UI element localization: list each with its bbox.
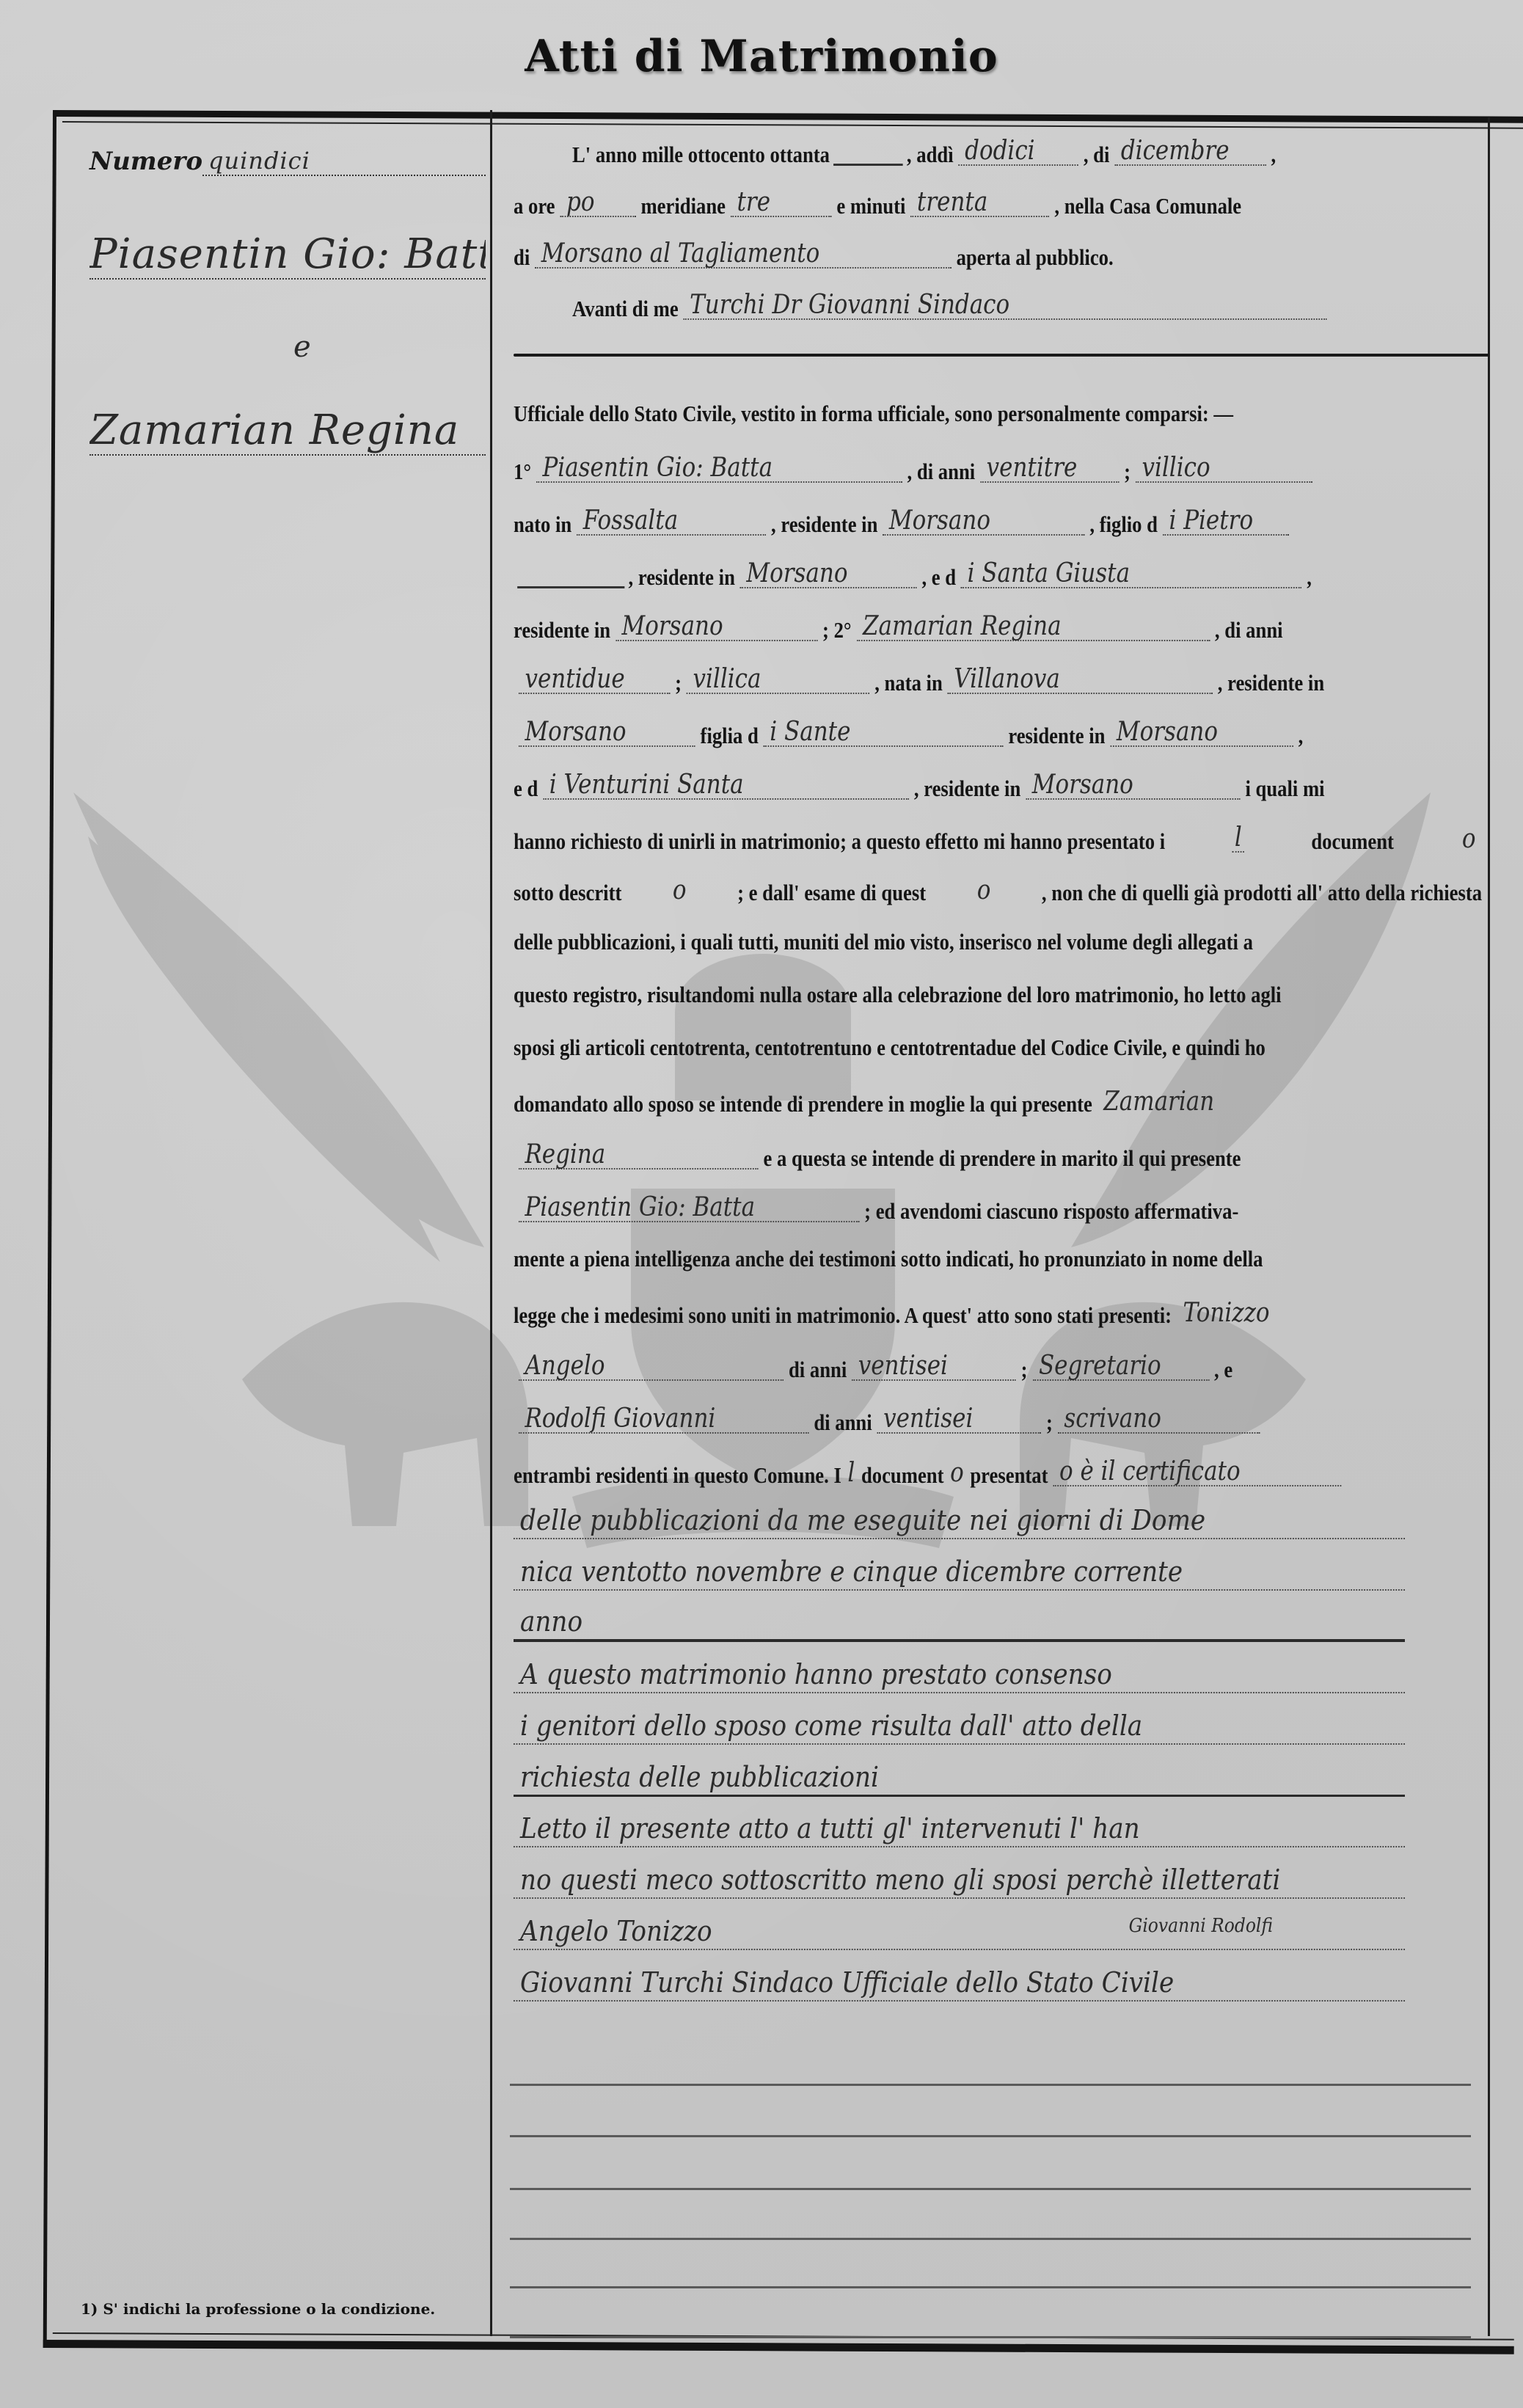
record-line-9: residente in Morsano ; 2° Zamarian Regin… bbox=[514, 613, 1346, 641]
empty-ruled-line bbox=[510, 2135, 1471, 2137]
empty-ruled-line bbox=[510, 2238, 1471, 2240]
handwritten-line: A questo matrimonio hanno prestato conse… bbox=[514, 1658, 1405, 1693]
witness1-surname-field: Tonizzo bbox=[1177, 1300, 1341, 1327]
groom-age-field: ventitre bbox=[980, 455, 1119, 483]
record-line-25: entrambi residenti in questo Comune. I l… bbox=[514, 1459, 1346, 1486]
record-line-14: sotto descritt o ; e dall' esame di ques… bbox=[514, 878, 1482, 904]
groom-birthplace-field: Fossalta bbox=[577, 508, 766, 536]
record-line-12: e d i Venturini Santa , residente in Mor… bbox=[514, 772, 1346, 800]
record-line-18: domandato allo sposo se intende di prend… bbox=[514, 1089, 1346, 1115]
witness2-age-field: ventisei bbox=[877, 1406, 1042, 1434]
bride-mother-residence-field: Morsano bbox=[1026, 772, 1240, 800]
hour-field: tre bbox=[731, 189, 832, 217]
bride-father-residence-field: Morsano bbox=[1110, 719, 1293, 747]
handwritten-line: nica ventotto novembre e cinque dicembre… bbox=[514, 1555, 1405, 1591]
left-margin-column: Numero quindici Piasentin Gio: Batta e Z… bbox=[59, 125, 484, 2311]
bride-mother-field: i Venturini Santa bbox=[543, 772, 909, 800]
bride-surname-field: Zamarian bbox=[1097, 1089, 1342, 1115]
bride-profession-field: villica bbox=[687, 666, 869, 694]
commune-field: Morsano al Tagliamento bbox=[535, 241, 952, 269]
conjunction: e bbox=[293, 330, 312, 364]
record-line-24: Rodolfi Giovanni di anni ventisei ; scri… bbox=[514, 1406, 1346, 1434]
record-line-10: ventidue ; villica , nata in Villanova ,… bbox=[514, 666, 1346, 694]
witness2-name-field: Rodolfi Giovanni bbox=[519, 1406, 809, 1434]
record-line-2: a ore po meridiane tre e minuti trenta ,… bbox=[514, 189, 1346, 217]
empty-ruled-line bbox=[510, 2336, 1471, 2338]
witness1-profession-field: Segretario bbox=[1032, 1353, 1209, 1381]
handwritten-line: no questi meco sottoscritto meno gli spo… bbox=[514, 1864, 1405, 1899]
minutes-field: trenta bbox=[910, 189, 1049, 217]
year-field bbox=[833, 164, 903, 166]
section-rule bbox=[514, 354, 1489, 357]
groom-mother-residence-field: Morsano bbox=[616, 613, 817, 641]
day-field: dodici bbox=[959, 138, 1078, 166]
bride-residence-field: Morsano bbox=[519, 719, 695, 747]
record-line-15: delle pubblicazioni, i quali tutti, muni… bbox=[514, 930, 1482, 953]
month-field: dicembre bbox=[1114, 138, 1265, 166]
bride-age-field: ventidue bbox=[519, 666, 670, 694]
groom-residence-field: Morsano bbox=[883, 508, 1084, 536]
groom-name-field: Piasentin Gio: Batta bbox=[536, 455, 902, 483]
handwritten-line: richiesta delle pubblicazioni bbox=[514, 1761, 1405, 1797]
bride-given-name-field: Regina bbox=[519, 1142, 759, 1170]
handwritten-line: delle pubblicazioni da me eseguite nei g… bbox=[514, 1504, 1405, 1539]
groom-profession-field: villico bbox=[1136, 455, 1312, 483]
column-divider bbox=[490, 110, 492, 2336]
witness2-profession-field: scrivano bbox=[1058, 1406, 1260, 1434]
signature-line-witnesses: Angelo Tonizzo Giovanni Rodolfi bbox=[514, 1915, 1405, 1950]
signature-witness-1: Angelo Tonizzo bbox=[520, 1915, 712, 1949]
am-pm-field: po bbox=[560, 189, 635, 217]
footnote: 1) S' indichi la professione o la condiz… bbox=[81, 2300, 435, 2318]
record-line-1: L' anno mille ottocento ottanta , addì d… bbox=[572, 138, 1405, 166]
bride-father-field: i Sante bbox=[764, 719, 1004, 747]
signature-witness-2: Giovanni Rodolfi bbox=[1129, 1915, 1405, 1949]
record-line-23: Angelo di anni ventisei ; Segretario , e bbox=[514, 1353, 1346, 1381]
record-line-4: Avanti di me Turchi Dr Giovanni Sindaco bbox=[572, 292, 1405, 320]
groom-mother-field: i Santa Giusta bbox=[961, 561, 1301, 588]
empty-ruled-line bbox=[510, 2084, 1471, 2086]
record-line-5: Ufficiale dello Stato Civile, vestito in… bbox=[514, 402, 1346, 425]
handwritten-line: Letto il presente atto a tutti gl' inter… bbox=[514, 1812, 1405, 1847]
groom-father-field: i Pietro bbox=[1163, 508, 1289, 536]
groom-presente-field: Piasentin Gio: Batta bbox=[519, 1194, 859, 1222]
record-line-6: 1° Piasentin Gio: Batta , di anni ventit… bbox=[514, 455, 1346, 483]
officer-field: Turchi Dr Giovanni Sindaco bbox=[684, 292, 1327, 320]
witness1-age-field: ventisei bbox=[852, 1353, 1016, 1381]
record-line-8: , residente in Morsano , e d i Santa Giu… bbox=[514, 561, 1346, 588]
record-line-22: legge che i medesimi sono uniti in matri… bbox=[514, 1300, 1346, 1327]
empty-ruled-line bbox=[510, 2188, 1471, 2190]
signature-line-officer: Giovanni Turchi Sindaco Ufficiale dello … bbox=[514, 1966, 1405, 2002]
record-line-20: Piasentin Gio: Batta ; ed avendomi ciasc… bbox=[514, 1194, 1346, 1222]
record-line-16: questo registro, risultandomi nulla osta… bbox=[514, 983, 1482, 1006]
handwritten-line: i genitori dello sposo come risulta dall… bbox=[514, 1710, 1405, 1745]
record-line-17: sposi gli articoli centotrenta, centotre… bbox=[514, 1036, 1482, 1059]
record-line-7: nato in Fossalta , residente in Morsano … bbox=[514, 508, 1346, 536]
right-border bbox=[1488, 117, 1490, 2336]
documents-field: o è il certificato bbox=[1053, 1459, 1341, 1486]
record-line-13: hanno richiesto di unirli in matrimonio;… bbox=[514, 825, 1482, 853]
bride-birthplace-field: Villanova bbox=[948, 666, 1213, 694]
record-number: Numero quindici bbox=[90, 147, 486, 176]
witness1-name-field: Angelo bbox=[519, 1353, 784, 1381]
record-line-19: Regina e a questa se intende di prendere… bbox=[514, 1142, 1346, 1170]
groom-name-margin: Piasentin Gio: Batta bbox=[90, 231, 486, 280]
handwritten-line: anno bbox=[514, 1605, 1405, 1642]
bride-name-field: Zamarian Regina bbox=[856, 613, 1210, 641]
groom-father-residence-field: Morsano bbox=[740, 561, 917, 588]
page-title: Atti di Matrimonio bbox=[0, 31, 1523, 82]
record-line-11: Morsano figlia d i Sante residente in Mo… bbox=[514, 719, 1346, 747]
bride-name-margin: Zamarian Regina bbox=[90, 407, 486, 456]
numero-value: quindici bbox=[202, 147, 486, 176]
record-line-21: mente a piena intelligenza anche dei tes… bbox=[514, 1247, 1482, 1270]
record-line-3: di Morsano al Tagliamento aperta al pubb… bbox=[514, 241, 1346, 269]
document-page: Atti di Matrimonio Numero quindici Piase… bbox=[0, 0, 1523, 2408]
numero-label: Numero bbox=[90, 147, 202, 176]
empty-ruled-line bbox=[510, 2286, 1471, 2288]
